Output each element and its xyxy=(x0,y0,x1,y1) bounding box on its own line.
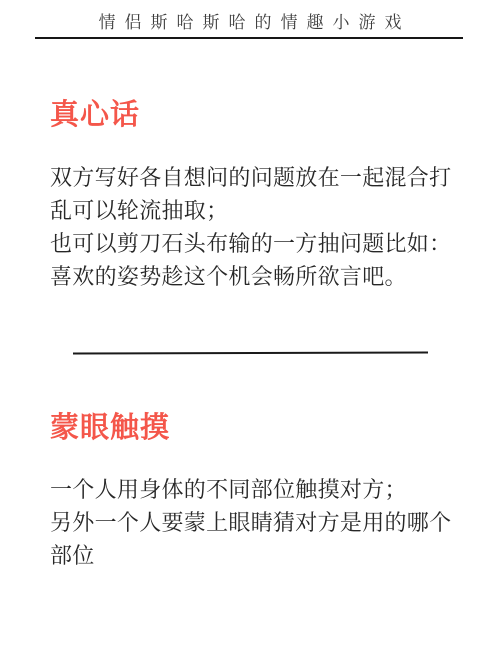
text-line: 乱可以轮流抽取； xyxy=(50,194,465,227)
note-card-page: { "page": { "title": "情侣斯哈斯哈的情趣小游戏" }, "… xyxy=(0,0,500,654)
page-title: 情侣斯哈斯哈的情趣小游戏 xyxy=(0,8,500,33)
text-line: 部位 xyxy=(50,539,465,572)
header-underline xyxy=(35,37,463,39)
section-heading-blindfold-touch: 蒙眼触摸 xyxy=(50,405,170,446)
text-line: 喜欢的姿势趁这个机会畅所欲言吧。 xyxy=(50,260,465,293)
text-line: 也可以剪刀石头布输的一方抽问题比如： xyxy=(50,227,465,260)
section-heading-truth: 真心话 xyxy=(50,92,140,133)
text-line: 另外一个人要蒙上眼睛猜对方是用的哪个 xyxy=(50,506,465,539)
section-body-truth: 双方写好各自想问的问题放在一起混合打 乱可以轮流抽取； 也可以剪刀石头布输的一方… xyxy=(50,161,465,293)
section-body-blindfold-touch: 一个人用身体的不同部位触摸对方； 另外一个人要蒙上眼睛猜对方是用的哪个 部位 xyxy=(50,473,465,572)
text-line: 一个人用身体的不同部位触摸对方； xyxy=(50,473,465,506)
section-divider-line xyxy=(73,352,428,355)
text-line: 双方写好各自想问的问题放在一起混合打 xyxy=(50,161,465,194)
